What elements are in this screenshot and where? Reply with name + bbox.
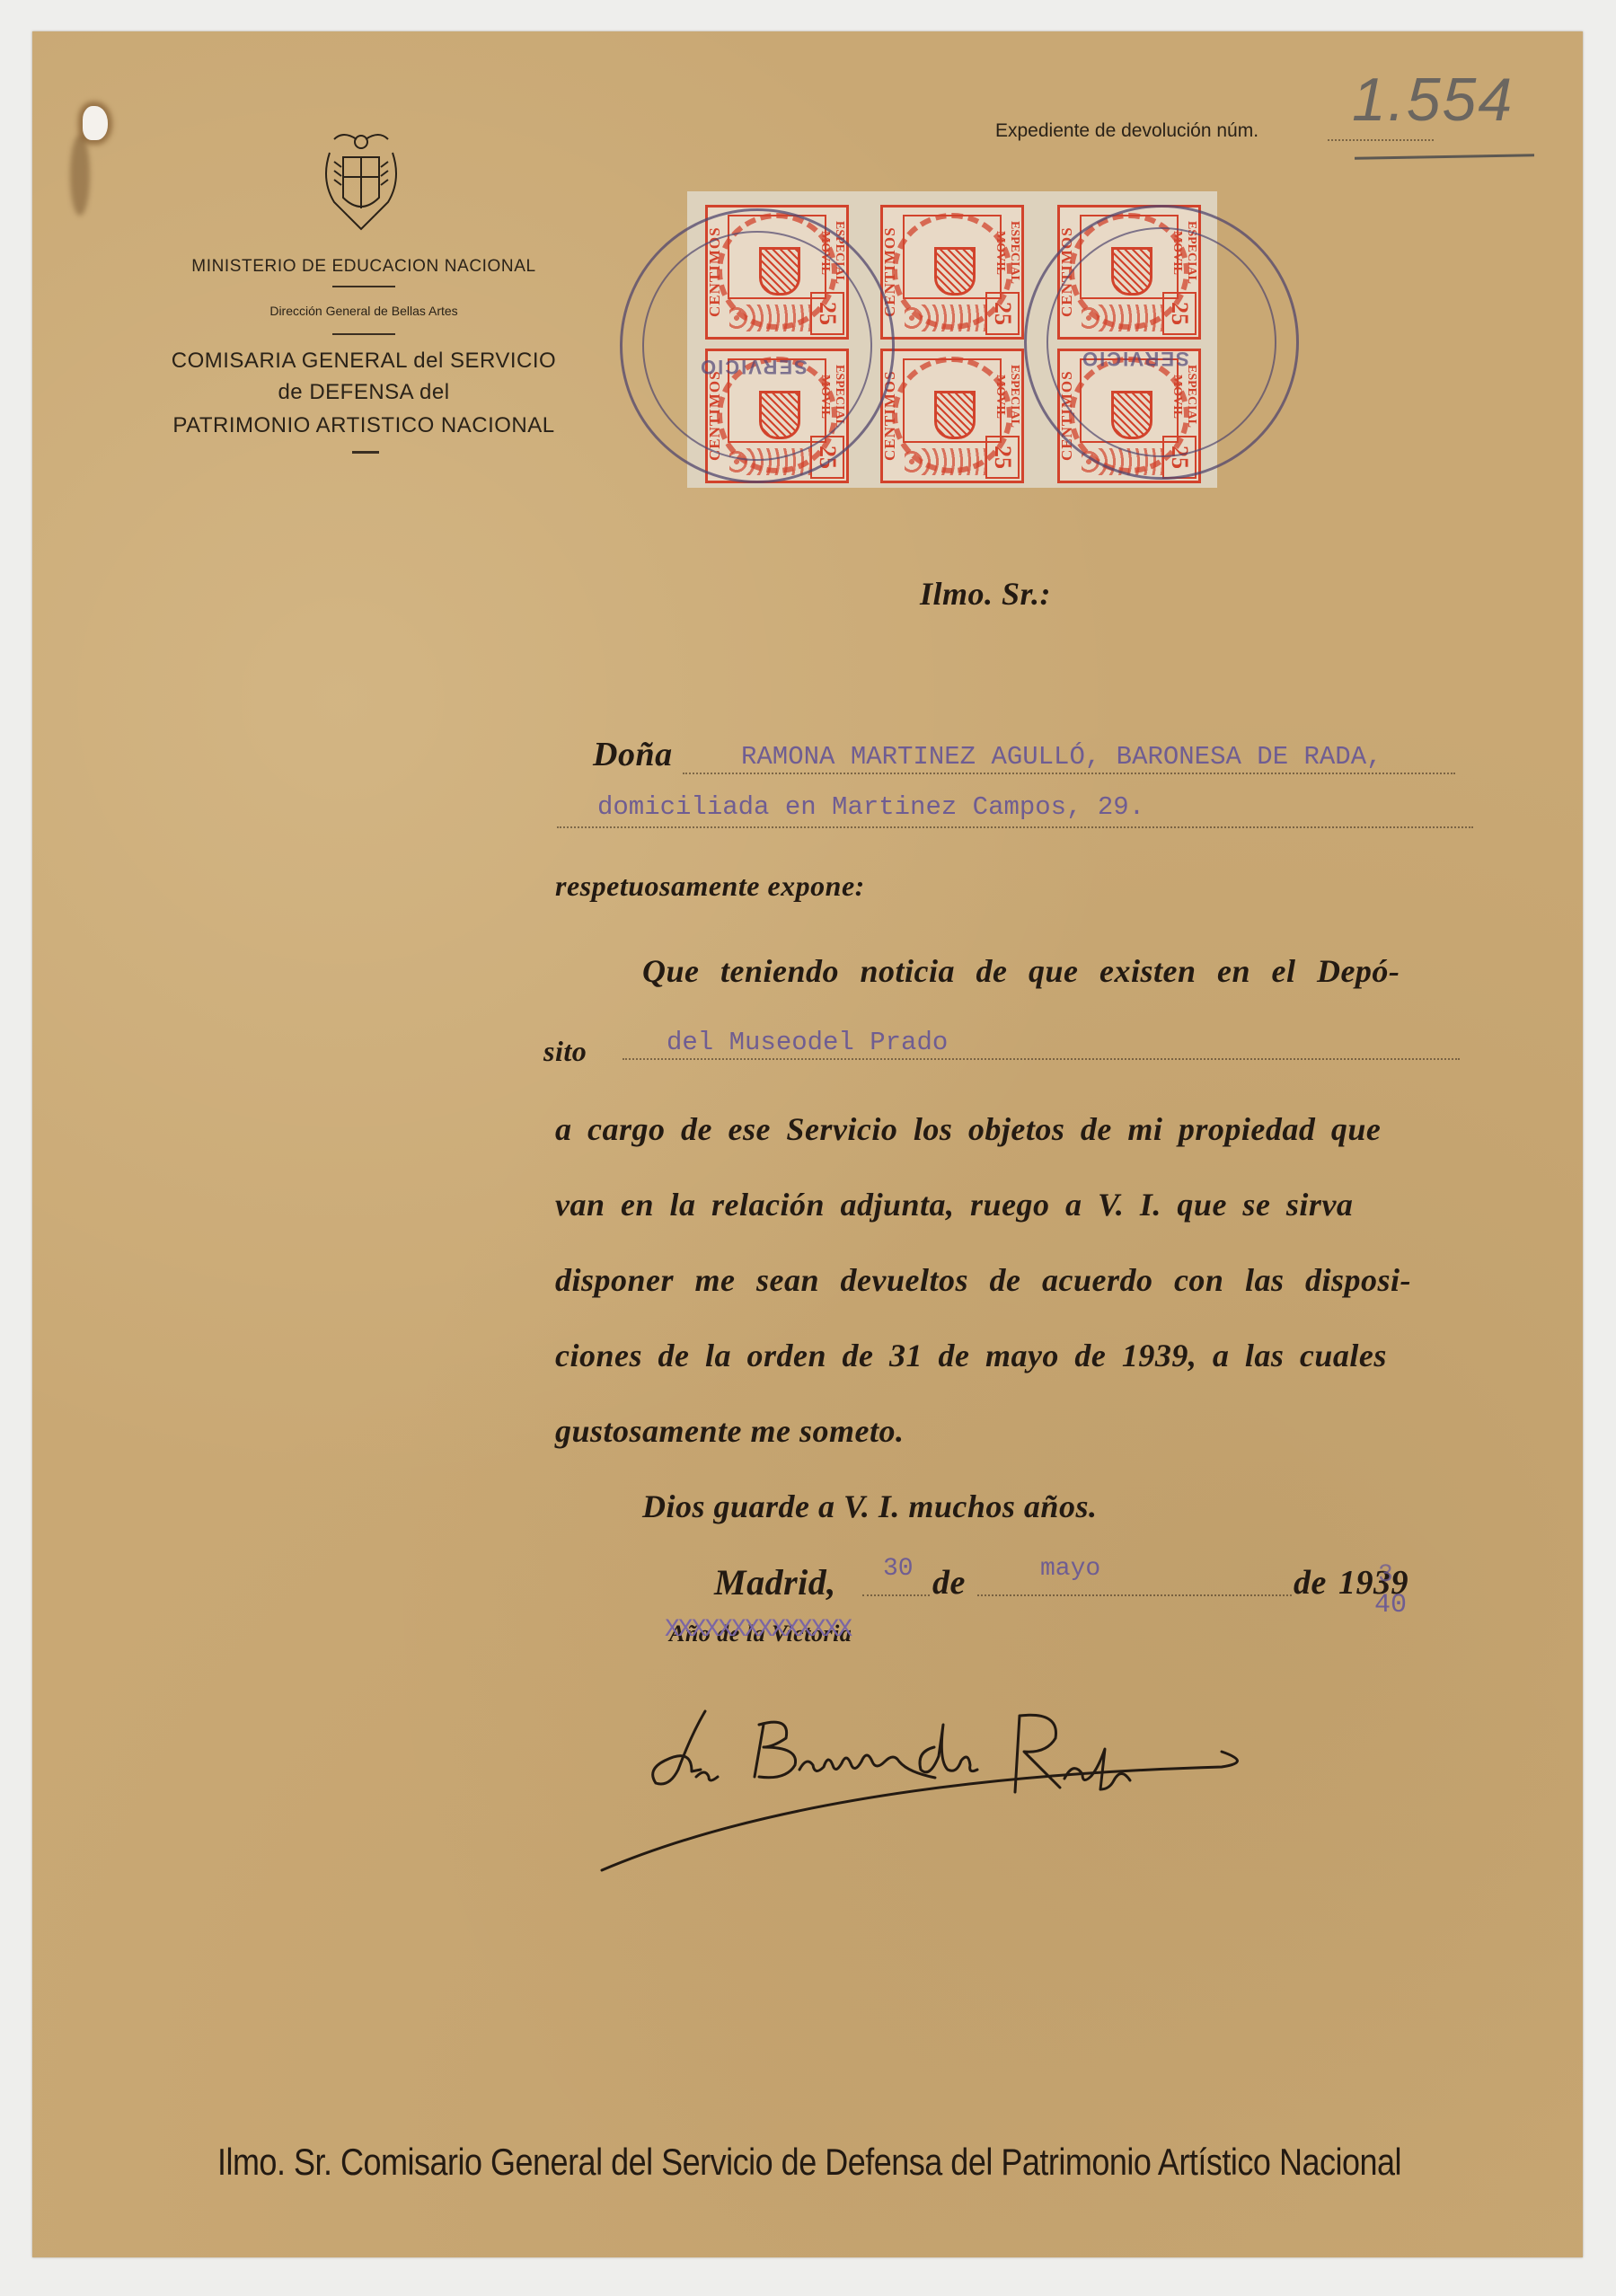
directorate-name: Dirección General de Bellas Artes — [135, 304, 593, 318]
body-line-3: a cargo de ese Servicio los objetos de m… — [555, 1110, 1462, 1148]
date-month: mayo — [1040, 1555, 1100, 1583]
divider — [332, 286, 395, 287]
dotted-leader — [683, 773, 1455, 774]
salutation: Ilmo. Sr.: — [920, 575, 1051, 613]
shield-icon — [934, 247, 976, 296]
date-de-1: de — [932, 1563, 966, 1603]
divider — [332, 333, 395, 335]
body-line-1: Que teniendo noticia de que existen en e… — [642, 952, 1460, 990]
coat-of-arms-icon — [316, 126, 406, 234]
dotted-leader — [623, 1058, 1460, 1060]
date-de-2: de — [1294, 1563, 1327, 1603]
body-line-2-prefix: sito — [543, 1035, 587, 1068]
strike-out-x: XXXXXXXXXXXXXX — [665, 1616, 851, 1644]
signature — [593, 1698, 1401, 1904]
dotted-leader — [977, 1594, 1292, 1596]
revenue-stamp: CENTIMOS ESPECIAL MOVIL 25 — [880, 349, 1024, 483]
file-number: 1.554 — [1352, 65, 1514, 135]
body-line-7: gustosamente me someto. — [555, 1412, 905, 1450]
closing-formula: Dios guarde a V. I. muchos años. — [642, 1488, 1097, 1525]
intro-text: respetuosamente expone: — [555, 870, 865, 903]
commission-line-1: COMISARIA GENERAL del SERVICIO — [135, 349, 593, 374]
commission-line-3: PATRIMONIO ARTISTICO NACIONAL — [135, 413, 593, 438]
date-place: Madrid, — [714, 1561, 836, 1603]
title-dona: Doña — [593, 735, 673, 774]
punch-hole — [83, 106, 108, 140]
rust-stain — [70, 135, 90, 216]
ministry-name: MINISTERIO DE EDUCACION NACIONAL — [135, 257, 593, 277]
shield-icon — [934, 391, 976, 439]
petitioner-name: RAMONA MARTINEZ AGULLÓ, BARONESA DE RADA… — [741, 742, 1382, 772]
date-day: 30 — [883, 1555, 914, 1583]
addressee-footer: Ilmo. Sr. Comisario General del Servicio… — [158, 2141, 1461, 2184]
body-line-5: disponer me sean devueltos de acuerdo co… — [555, 1261, 1462, 1299]
commission-line-2: de DEFENSA del — [135, 380, 593, 405]
body-line-6: ciones de la orden de 31 de mayo de 1939… — [555, 1337, 1462, 1374]
deposit-location: del Museodel Prado — [667, 1028, 948, 1057]
dotted-leader — [1328, 139, 1434, 141]
petitioner-address: domiciliada en Martinez Campos, 29. — [597, 792, 1144, 822]
postmark-left: SERVICIO — [620, 208, 895, 483]
postmark-right: SERVICIO — [1024, 205, 1299, 480]
revenue-stamp: CENTIMOS ESPECIAL MOVIL 25 — [880, 205, 1024, 340]
dotted-leader — [557, 826, 1473, 828]
dotted-leader — [862, 1594, 930, 1596]
file-reference-label: Expediente de devolución núm. — [995, 120, 1258, 142]
body-line-4: van en la relación adjunta, ruego a V. I… — [555, 1186, 1462, 1223]
divider — [352, 451, 379, 454]
date-year-correction: 40 — [1374, 1590, 1407, 1620]
overtyped-digit: 3 — [1378, 1561, 1393, 1589]
